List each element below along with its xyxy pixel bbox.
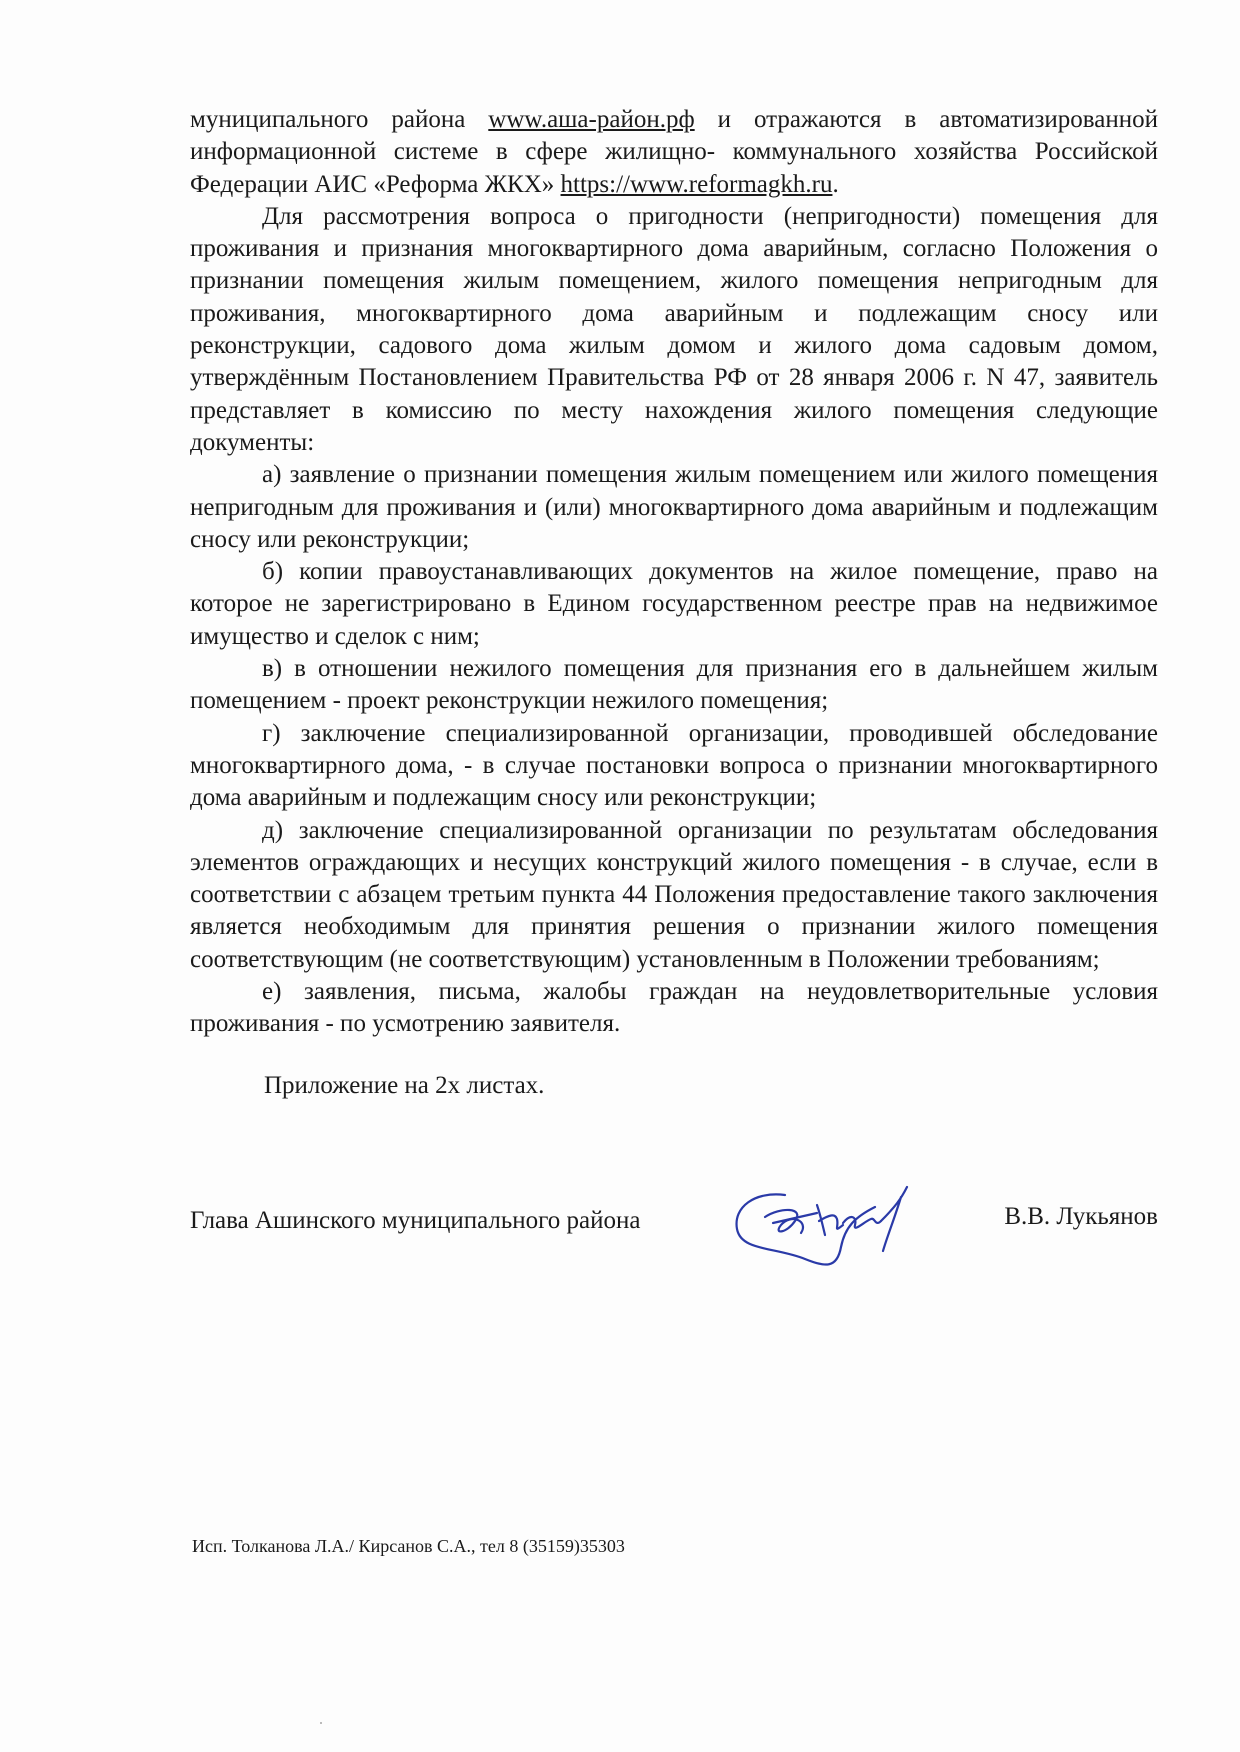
signatory-title: Глава Ашинского муниципального района bbox=[190, 1207, 641, 1235]
list-item-a: а) заявление о признании помещения жилым… bbox=[190, 459, 1158, 556]
executor-contact: Исп. Толканова Л.А./ Кирсанов С.А., тел … bbox=[192, 1536, 625, 1557]
list-item-d: д) заключение специализированной организ… bbox=[190, 815, 1158, 976]
handwritten-signature-icon bbox=[725, 1177, 965, 1277]
intro-end: . bbox=[832, 171, 838, 198]
document-body: муниципального района www.аша-район.рф и… bbox=[190, 104, 1158, 1041]
intro-text-1: муниципального района bbox=[190, 106, 488, 133]
district-website-link[interactable]: www.аша-район.рф bbox=[488, 106, 694, 133]
document-page: муниципального района www.аша-район.рф и… bbox=[0, 0, 1240, 1752]
signatory-name: В.В. Лукьянов bbox=[1004, 1203, 1158, 1231]
signature-block: Глава Ашинского муниципального района В.… bbox=[190, 1195, 1158, 1275]
reformagkh-link[interactable]: https://www.reformagkh.ru bbox=[561, 171, 833, 198]
list-item-e: е) заявления, письма, жалобы граждан на … bbox=[190, 976, 1158, 1041]
main-paragraph: Для рассмотрения вопроса о пригодности (… bbox=[190, 201, 1158, 459]
intro-paragraph: муниципального района www.аша-район.рф и… bbox=[190, 104, 1158, 201]
list-item-b: б) копии правоустанавливающих документов… bbox=[190, 556, 1158, 653]
list-item-g: г) заключение специализированной организ… bbox=[190, 718, 1158, 815]
scan-speck bbox=[320, 1722, 322, 1724]
list-item-v: в) в отношении нежилого помещения для пр… bbox=[190, 653, 1158, 718]
attachment-note: Приложение на 2х листах. bbox=[264, 1072, 544, 1100]
